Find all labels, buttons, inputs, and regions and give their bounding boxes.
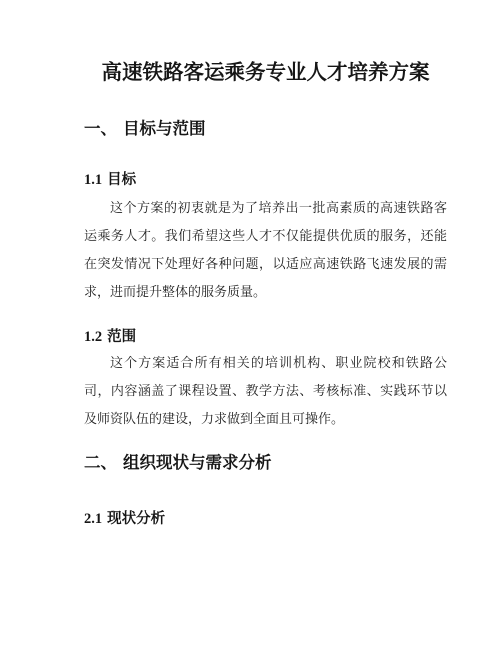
section-2-title: 组织现状与需求分析 [123, 454, 272, 472]
subsection-1-2-title: 范围 [107, 329, 136, 345]
subsection-1-2-heading: 1.2范围 [84, 329, 447, 346]
section-2-heading: 二、组织现状与需求分析 [84, 454, 447, 473]
section-1-heading: 一、目标与范围 [84, 120, 447, 139]
subsection-1-1-title: 目标 [107, 172, 136, 188]
document-title: 高速铁路客运乘务专业人才培养方案 [84, 61, 447, 85]
subsection-1-1-body: 这个方案的初衷就是为了培养出一批高素质的高速铁路客运乘务人才。我们希望这些人才不… [84, 194, 447, 306]
subsection-1-2-number: 1.2 [84, 329, 102, 345]
subsection-2-1-title: 现状分析 [107, 511, 165, 527]
section-status-needs: 二、组织现状与需求分析 2.1现状分析 [84, 454, 447, 528]
section-goals-scope: 一、目标与范围 1.1目标 这个方案的初衷就是为了培养出一批高素质的高速铁路客运… [84, 120, 447, 433]
section-1-title: 目标与范围 [123, 120, 206, 138]
subsection-1-1-number: 1.1 [84, 172, 102, 188]
subsection-1-1-heading: 1.1目标 [84, 172, 447, 189]
section-2-number: 二、 [84, 454, 117, 472]
document-page: 高速铁路客运乘务专业人才培养方案 一、目标与范围 1.1目标 这个方案的初衷就是… [0, 0, 500, 647]
subsection-2-1-heading: 2.1现状分析 [84, 511, 447, 528]
subsection-2-1-number: 2.1 [84, 511, 102, 527]
subsection-1-2-body: 这个方案适合所有相关的培训机构、职业院校和铁路公司，内容涵盖了课程设置、教学方法… [84, 349, 447, 433]
section-1-number: 一、 [84, 120, 117, 138]
